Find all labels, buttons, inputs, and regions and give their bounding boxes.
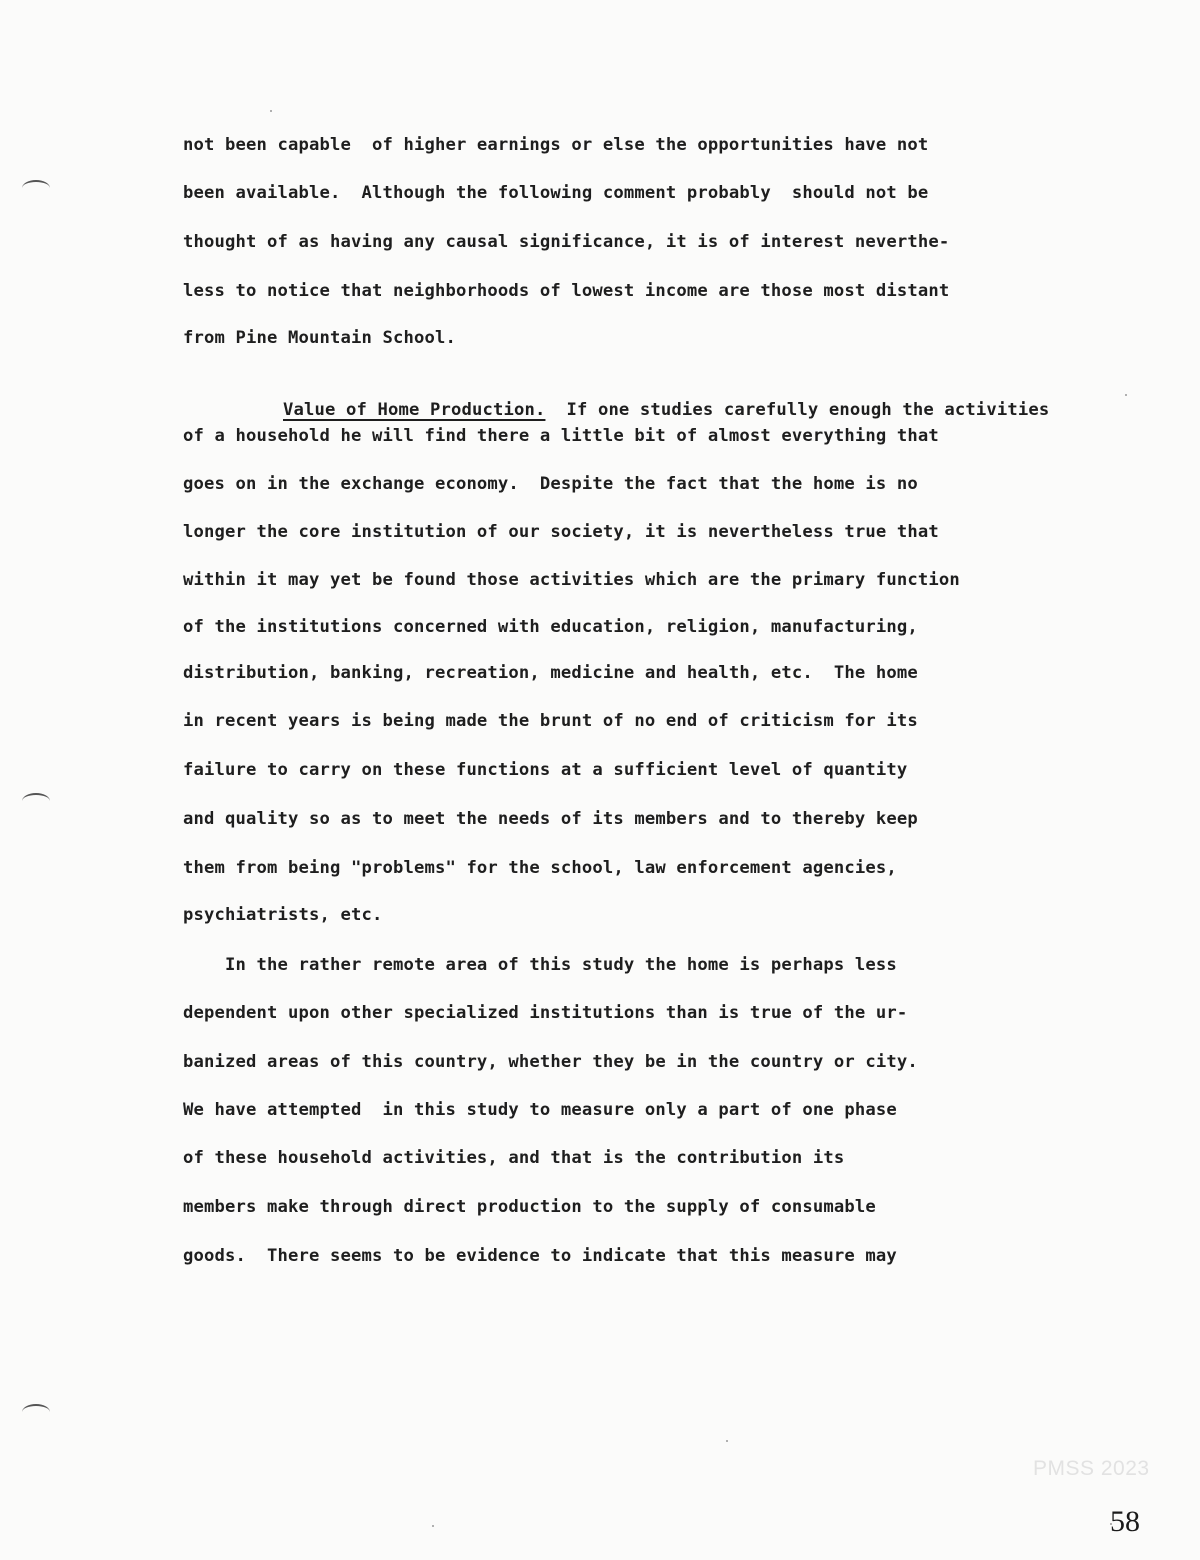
scan-speck bbox=[270, 110, 272, 112]
text-line: been available. Although the following c… bbox=[183, 181, 928, 205]
text-line: In the rather remote area of this study … bbox=[183, 953, 897, 977]
text-line: not been capable of higher earnings or e… bbox=[183, 133, 928, 157]
watermark: PMSS 2023 bbox=[1033, 1457, 1150, 1481]
text-line: thought of as having any causal signific… bbox=[183, 230, 949, 254]
text-line: in recent years is being made the brunt … bbox=[183, 709, 918, 733]
text-line: longer the core institution of our socie… bbox=[183, 520, 939, 544]
document-page: not been capable of higher earnings or e… bbox=[0, 0, 1200, 1560]
page-number: 58 bbox=[1110, 1505, 1140, 1539]
text-line: of the institutions concerned with educa… bbox=[183, 615, 918, 639]
text-line: and quality so as to meet the needs of i… bbox=[183, 807, 918, 831]
margin-mark bbox=[22, 793, 50, 809]
margin-mark bbox=[22, 180, 50, 196]
text-line: failure to carry on these functions at a… bbox=[183, 758, 907, 782]
text-line: members make through direct production t… bbox=[183, 1195, 876, 1219]
text-line: goes on in the exchange economy. Despite… bbox=[183, 472, 918, 496]
text-line: dependent upon other specialized institu… bbox=[183, 1001, 907, 1025]
scan-speck bbox=[726, 1440, 728, 1442]
text-line: distribution, banking, recreation, medic… bbox=[183, 661, 918, 685]
scan-speck bbox=[1125, 394, 1127, 396]
text-line: of these household activities, and that … bbox=[183, 1146, 844, 1170]
section-heading: Value of Home Production. bbox=[283, 400, 545, 420]
text-line: less to notice that neighborhoods of low… bbox=[183, 279, 949, 303]
text-line: of a household he will find there a litt… bbox=[183, 424, 939, 448]
text-line: psychiatrists, etc. bbox=[183, 903, 382, 927]
text-line: within it may yet be found those activit… bbox=[183, 568, 960, 592]
text-line: goods. There seems to be evidence to ind… bbox=[183, 1244, 897, 1268]
scan-speck bbox=[432, 1525, 434, 1527]
margin-mark bbox=[22, 1404, 50, 1420]
text-line: them from being "problems" for the schoo… bbox=[183, 856, 897, 880]
text-line: We have attempted in this study to measu… bbox=[183, 1098, 897, 1122]
text-line-rest: If one studies carefully enough the acti… bbox=[545, 400, 1049, 420]
text-line: from Pine Mountain School. bbox=[183, 326, 456, 350]
text-line: banized areas of this country, whether t… bbox=[183, 1050, 918, 1074]
